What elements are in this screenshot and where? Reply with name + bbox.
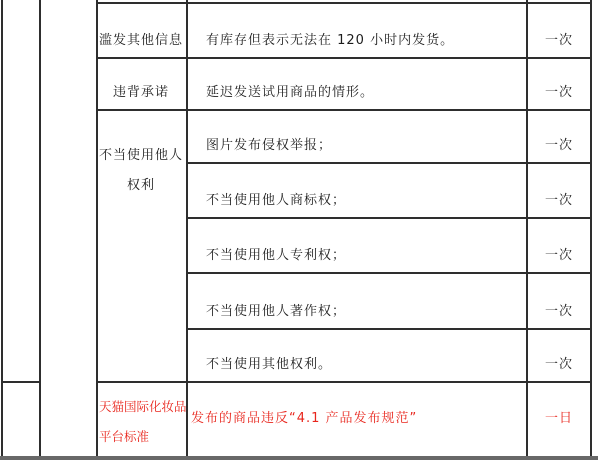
row2-category-text: 违背承诺 xyxy=(113,85,169,101)
row2-penalty-cell: 一次 xyxy=(528,59,590,107)
rights-item-3-description-text: 不当使用他人专利权； xyxy=(206,248,346,264)
row2-penalty-text: 一次 xyxy=(545,85,573,101)
rights-item-5-penalty-text: 一次 xyxy=(545,357,573,373)
cosmetics-row-category-line2: 平台标准 xyxy=(99,422,149,452)
row2-description-text: 延迟发送试用商品的情形。 xyxy=(206,85,374,101)
cosmetics-row-penalty-cell: 一日 xyxy=(528,383,590,454)
grid-line-row7-colA xyxy=(1,381,41,383)
cosmetics-row-category-line1: 天猫国际化妆品 xyxy=(99,392,187,422)
rights-item-4-description-text: 不当使用他人著作权； xyxy=(206,304,346,320)
rights-group-category-line2: 权利 xyxy=(127,171,155,201)
rights-item-1-description-text: 图片发布侵权举报； xyxy=(206,138,332,154)
cosmetics-row-description-cell: 发布的商品违反“4.1 产品发布规范” xyxy=(188,383,524,454)
rights-item-5-description-text: 不当使用其他权利。 xyxy=(206,357,332,373)
rights-item-5-penalty-cell: 一次 xyxy=(528,330,590,379)
row1-category-text: 滥发其他信息 xyxy=(99,33,183,49)
rights-item-4-penalty-text: 一次 xyxy=(545,304,573,320)
rights-item-1-penalty-cell: 一次 xyxy=(528,111,590,160)
row1-penalty-text: 一次 xyxy=(545,33,573,49)
rights-group-category-cell: 不当使用他人 权利 xyxy=(98,111,184,380)
rights-item-5-description-cell: 不当使用其他权利。 xyxy=(188,330,524,379)
rights-item-1-description-cell: 图片发布侵权举报； xyxy=(188,111,524,160)
row1-description-text: 有库存但表示无法在 120 小时内发货。 xyxy=(206,33,454,49)
rights-item-3-penalty-text: 一次 xyxy=(545,248,573,264)
rights-item-2-description-cell: 不当使用他人商标权； xyxy=(188,164,524,215)
row1-penalty-cell: 一次 xyxy=(528,4,590,55)
rights-item-2-description-text: 不当使用他人商标权； xyxy=(206,193,346,209)
cosmetics-row-category-cell: 天猫国际化妆品 平台标准 xyxy=(98,383,186,454)
rights-item-3-description-cell: 不当使用他人专利权； xyxy=(188,219,524,270)
cosmetics-row-description-text: 发布的商品违反“4.1 产品发布规范” xyxy=(191,411,417,427)
rights-item-2-penalty-text: 一次 xyxy=(545,193,573,209)
rights-item-2-penalty-cell: 一次 xyxy=(528,164,590,215)
cosmetics-row-penalty-text: 一日 xyxy=(545,411,573,427)
row1-category-cell: 滥发其他信息 xyxy=(98,4,184,55)
grid-line-vertical-left-border xyxy=(1,0,3,456)
grid-line-vertical-right-border xyxy=(590,0,592,456)
rights-item-1-penalty-text: 一次 xyxy=(545,138,573,154)
row2-description-cell: 延迟发送试用商品的情形。 xyxy=(188,59,524,107)
grid-line-vertical-colA xyxy=(39,0,41,456)
row1-description-cell: 有库存但表示无法在 120 小时内发货。 xyxy=(188,4,524,55)
window-bottom-edge xyxy=(0,456,598,460)
rights-item-3-penalty-cell: 一次 xyxy=(528,219,590,270)
rights-group-category-line1: 不当使用他人 xyxy=(99,141,183,171)
violation-rules-table: 滥发其他信息 有库存但表示无法在 120 小时内发货。 一次 违背承诺 延迟发送… xyxy=(0,0,598,462)
row2-category-cell: 违背承诺 xyxy=(98,59,184,107)
rights-item-4-penalty-cell: 一次 xyxy=(528,274,590,326)
rights-item-4-description-cell: 不当使用他人著作权； xyxy=(188,274,524,326)
